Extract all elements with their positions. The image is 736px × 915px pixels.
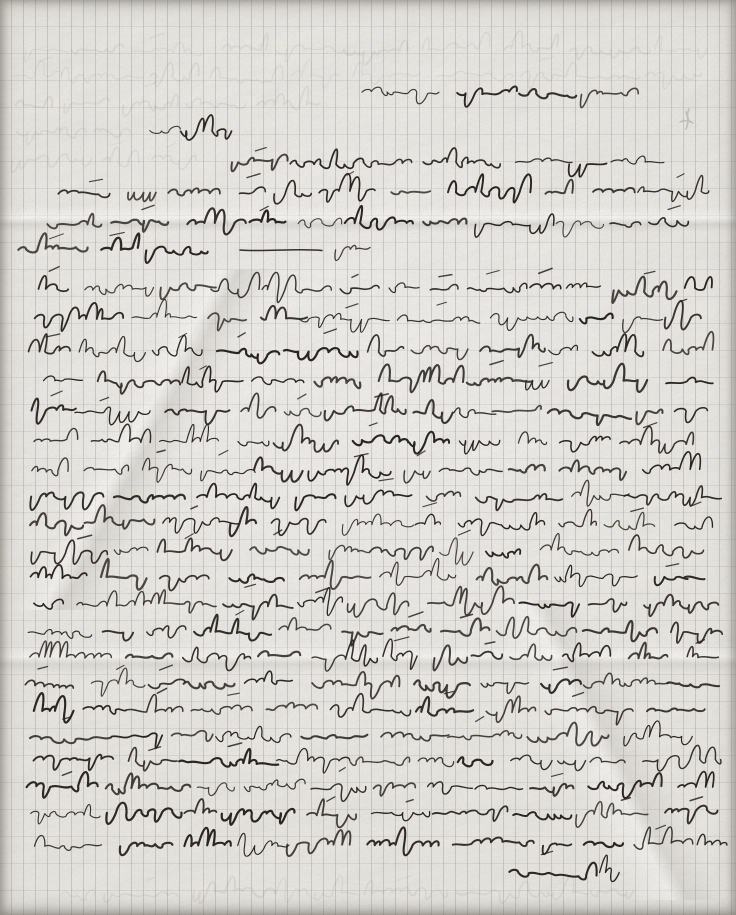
- paper-grain-texture: [0, 0, 736, 915]
- letter-sheet: [0, 0, 736, 915]
- handwriting-ink-layer: [0, 0, 736, 915]
